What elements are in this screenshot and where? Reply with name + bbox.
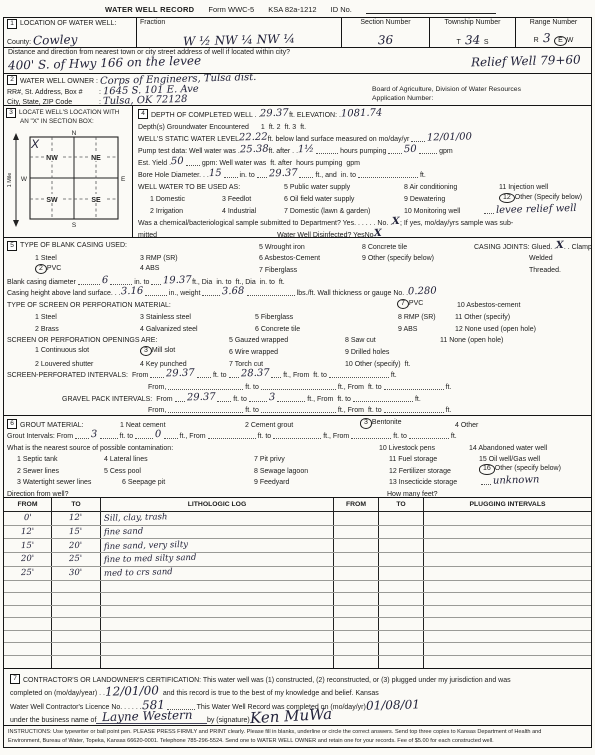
joints-glued-x: X bbox=[556, 241, 564, 251]
range-cell: Range Number R 3 EW bbox=[516, 18, 591, 47]
table-cell bbox=[4, 631, 52, 643]
table-cell bbox=[379, 526, 424, 539]
section-7-certification: 7 CONTRACTOR'S OR LANDOWNER'S CERTIFICAT… bbox=[4, 669, 591, 726]
bentonite-circled: 3 bbox=[360, 418, 372, 428]
pump-hours-value: 1½ bbox=[298, 145, 314, 155]
log-cell-value: 0' bbox=[24, 514, 32, 523]
table-row bbox=[4, 618, 591, 631]
log-cell-value: fine sand bbox=[104, 527, 143, 537]
owner-label: WATER WELL OWNER : bbox=[20, 78, 98, 85]
table-cell bbox=[4, 618, 52, 630]
table-row: 15'20'fine sand, very silty bbox=[4, 539, 591, 553]
form-body: 1LOCATION OF WATER WELL: County: Cowley … bbox=[3, 17, 592, 748]
section-number-label: Section Number bbox=[345, 19, 426, 26]
openings-label: SCREEN OR PERFORATION OPENINGS ARE: bbox=[7, 337, 229, 344]
table-cell bbox=[4, 593, 52, 605]
table-row bbox=[4, 643, 591, 656]
casing-row-2: 1 Steel3 RMP (SR) 6 Asbestos-Cement 9 Ot… bbox=[4, 251, 591, 263]
table-cell bbox=[52, 631, 101, 643]
table-cell bbox=[424, 512, 591, 525]
table-cell bbox=[101, 618, 334, 630]
log-cell-value: fine sand, very silty bbox=[104, 540, 188, 551]
table-cell bbox=[334, 581, 379, 593]
section-2-number: 2 bbox=[7, 75, 17, 85]
business-name-value: Layne Western bbox=[102, 709, 193, 723]
middle-region: 3LOCATE WELL'S LOCATION WITH AN "X" IN S… bbox=[4, 106, 591, 238]
quadrant-se: SE bbox=[91, 197, 101, 204]
casing-label: TYPE OF BLANK CASING USED: bbox=[20, 242, 127, 249]
table-cell bbox=[52, 656, 101, 669]
city-label: City, State, ZIP Code bbox=[7, 99, 99, 106]
table-row bbox=[4, 656, 591, 669]
log-cell-value: Sill, clay, trash bbox=[104, 513, 168, 523]
table-cell bbox=[52, 643, 101, 655]
est-yield-line: Est. Yield . 50 gpm: Well water was ft. … bbox=[136, 155, 589, 167]
table-cell: 0' bbox=[4, 512, 52, 525]
board-line-1: Board of Agriculture, Division of Water … bbox=[372, 85, 521, 94]
log-cell-value: fine to med silty sand bbox=[104, 554, 197, 565]
table-cell: fine sand bbox=[101, 526, 334, 539]
bore-diameter-value: 15 bbox=[209, 169, 222, 179]
table-cell: fine to med silty sand bbox=[101, 553, 334, 566]
table-cell bbox=[101, 656, 334, 669]
yield-value: 50 bbox=[171, 157, 184, 167]
water-well-record-form: WATER WELL RECORD Form WWC-5 KSA 82a-121… bbox=[0, 0, 595, 755]
range-r: R bbox=[534, 37, 539, 44]
table-cell: 20' bbox=[52, 539, 101, 552]
table-cell bbox=[52, 593, 101, 605]
gravel-from-value: 29.37 bbox=[186, 392, 215, 403]
section-4-number: 4 bbox=[138, 109, 148, 119]
table-cell bbox=[424, 553, 591, 566]
table-cell bbox=[4, 581, 52, 593]
table-cell bbox=[101, 593, 334, 605]
contamination-other-value: unknown bbox=[493, 475, 540, 486]
table-cell bbox=[334, 512, 379, 525]
quadrant-sw: SW bbox=[46, 197, 58, 204]
range-w: W bbox=[567, 37, 574, 44]
form-title-line: WATER WELL RECORD Form WWC-5 KSA 82a-121… bbox=[105, 5, 587, 14]
range-label: Range Number bbox=[519, 19, 588, 26]
table-cell bbox=[424, 618, 591, 630]
table-cell bbox=[379, 539, 424, 552]
township-s: S bbox=[484, 39, 489, 46]
screen-intervals-label: SCREEN-PERFORATED INTERVALS: bbox=[7, 372, 128, 379]
certification-line-1: 7 CONTRACTOR'S OR LANDOWNER'S CERTIFICAT… bbox=[7, 670, 588, 684]
county-value: Cowley bbox=[33, 33, 78, 46]
use-row-b: 1 Domestic3 Feedlot 6 Oil field water su… bbox=[136, 191, 589, 203]
casing-height-line: Casing height above land surface. . . 3.… bbox=[4, 286, 591, 298]
county-label: County: bbox=[7, 39, 31, 46]
casing-height-value: 3.16 bbox=[121, 287, 144, 298]
section-7-number: 7 bbox=[10, 674, 20, 684]
certification-line-4: under the business name of Layne Western… bbox=[7, 711, 588, 725]
screen-material-row-3: 2 Brass 4 Galvanized steel 6 Concrete ti… bbox=[4, 321, 591, 333]
grout-label: GROUT MATERIAL: bbox=[20, 422, 120, 429]
table-cell bbox=[424, 567, 591, 580]
table-cell bbox=[424, 539, 591, 552]
header-from-2: FROM bbox=[334, 498, 379, 511]
distance-row: Distance and direction from nearest town… bbox=[4, 48, 591, 74]
use-other-value: levee relief well bbox=[496, 204, 577, 216]
contamination-row-2: 2 Sewer lines 5 Cess pool 8 Sewage lagoo… bbox=[4, 463, 591, 475]
log-cell-value: 12' bbox=[69, 514, 82, 523]
table-row: 20'25'fine to med silty sand bbox=[4, 553, 591, 567]
log-cell-value: 25' bbox=[69, 555, 82, 564]
log-cell-value: med to crs sand bbox=[104, 568, 173, 578]
table-cell bbox=[424, 526, 591, 539]
well-x-mark: X bbox=[30, 137, 40, 151]
use-row-a: WELL WATER TO BE USED AS: 5 Public water… bbox=[136, 179, 589, 191]
table-row bbox=[4, 581, 591, 594]
table-cell bbox=[334, 631, 379, 643]
header-to-1: TO bbox=[52, 498, 101, 511]
township-t: T bbox=[456, 39, 460, 46]
pump-rate-value: 50 bbox=[404, 145, 417, 155]
bore-hole-line: Bore Hole Diameter. . . 15 in. to 29.37 … bbox=[136, 167, 589, 179]
groundwater-line: Depth(s) Groundwater Encountered 1 ft. 2… bbox=[136, 119, 589, 131]
openings-row-3: 2 Louvered shutter4 Key punched 7 Torch … bbox=[4, 356, 591, 368]
lithologic-table-body: 0'12'Sill, clay, trash12'15'fine sand15'… bbox=[4, 512, 591, 668]
fraction-label: Fraction bbox=[140, 19, 338, 26]
instructions-line-2: Environment, Bureau of Water, Topeka, Ka… bbox=[8, 737, 587, 746]
screen-from-value: 29.37 bbox=[166, 369, 195, 380]
table-row bbox=[4, 631, 591, 644]
table-cell bbox=[101, 581, 334, 593]
table-cell bbox=[379, 631, 424, 643]
form-ksa: KSA 82a-1212 bbox=[268, 5, 316, 14]
address-label: RR#, St. Address, Box # bbox=[7, 89, 99, 96]
form-title: WATER WELL RECORD bbox=[105, 5, 194, 14]
table-cell bbox=[424, 631, 591, 643]
township-label: Township Number bbox=[433, 19, 512, 26]
section-box-diagram: 1 Mile NW NE SW SE N S W bbox=[6, 125, 132, 231]
table-cell: fine sand, very silty bbox=[101, 539, 334, 552]
table-row: 12'15'fine sand bbox=[4, 526, 591, 540]
log-cell-value: 25' bbox=[21, 569, 34, 578]
section-number-cell: Section Number 36 bbox=[342, 18, 430, 47]
use-row-c: 2 Irrigation4 Industrial 7 Domestic (law… bbox=[136, 203, 589, 215]
table-cell bbox=[379, 512, 424, 525]
table-cell: Sill, clay, trash bbox=[101, 512, 334, 525]
direction-row: Direction from well? How many feet? bbox=[4, 486, 591, 498]
table-cell: med to crs sand bbox=[101, 567, 334, 580]
openings-row-1: SCREEN OR PERFORATION OPENINGS ARE: 5 Ga… bbox=[4, 333, 591, 345]
static-measured-date: 12/01/00 bbox=[427, 132, 472, 143]
one-mile-label: 1 Mile bbox=[7, 173, 13, 188]
grout-material-line: 6 GROUT MATERIAL: 1 Neat cement 2 Cement… bbox=[4, 417, 591, 429]
section-1-location: 1LOCATION OF WATER WELL: County: Cowley … bbox=[4, 18, 591, 48]
gravel-intervals-label: GRAVEL PACK INTERVALS: bbox=[62, 396, 152, 403]
openings-row-2: 1 Continuous slot3Mill slot 6 Wire wrapp… bbox=[4, 344, 591, 356]
fraction-value: W ½ NW ¼ NW ¼ bbox=[140, 31, 338, 47]
log-cell-value: 15' bbox=[69, 528, 82, 537]
section-3-label-1: LOCATE WELL'S LOCATION WITH bbox=[19, 109, 119, 116]
table-cell bbox=[4, 656, 52, 669]
disinfected-line: mitted Water Well Disinfected? Yes NoX bbox=[136, 227, 589, 238]
wall-thickness-value: 0.280 bbox=[408, 287, 437, 298]
city-value: Tulsa, OK 72128 bbox=[103, 95, 188, 106]
section-1-number: 1 bbox=[7, 19, 17, 29]
table-header-row: FROM TO LITHOLOGIC LOG FROM TO PLUGGING … bbox=[4, 498, 591, 512]
direction-label: Direction from well? bbox=[7, 491, 387, 498]
table-cell bbox=[52, 606, 101, 618]
table-cell bbox=[379, 553, 424, 566]
table-cell bbox=[379, 643, 424, 655]
table-cell bbox=[52, 618, 101, 630]
compass-w: W bbox=[21, 176, 28, 183]
contamination-other-circled: 16 bbox=[479, 464, 495, 474]
instructions-line-1: INSTRUCTIONS: Use typewriter or ball poi… bbox=[8, 728, 587, 737]
casing-row-3: 2PVC4 ABS 7 Fiberglass Threaded. bbox=[4, 262, 591, 274]
table-cell bbox=[379, 593, 424, 605]
table-cell bbox=[379, 567, 424, 580]
gravel-to-value: 3 bbox=[269, 393, 276, 403]
compass-e: E bbox=[121, 176, 126, 183]
disinfected-no-x: X bbox=[373, 229, 381, 238]
compass-n: N bbox=[72, 130, 77, 137]
instructions: INSTRUCTIONS: Use typewriter or ball poi… bbox=[4, 726, 591, 747]
header-from-1: FROM bbox=[4, 498, 52, 511]
table-cell: 30' bbox=[52, 567, 101, 580]
table-cell bbox=[379, 581, 424, 593]
casing-depth-value: 19.37 bbox=[163, 275, 192, 286]
section-number-value: 36 bbox=[345, 33, 426, 47]
range-value: 3 bbox=[542, 32, 550, 44]
section-4-well-data: 4 DEPTH OF COMPLETED WELL . . 29.37 ft. … bbox=[133, 106, 591, 237]
table-cell: 25' bbox=[52, 553, 101, 566]
section-5-casing: 5TYPE OF BLANK CASING USED: 5 Wrought ir… bbox=[4, 238, 591, 416]
signature-value: Ken MuWa bbox=[249, 707, 332, 726]
section-2-owner: 2WATER WELL OWNER : Corps of Engineers, … bbox=[4, 74, 591, 106]
quadrant-nw: NW bbox=[46, 155, 58, 162]
log-cell-value: 12' bbox=[21, 528, 34, 537]
table-cell bbox=[101, 643, 334, 655]
table-cell bbox=[52, 581, 101, 593]
range-east-circled: E bbox=[554, 36, 567, 46]
mill-slot-circled: 3 bbox=[140, 346, 152, 356]
table-cell bbox=[334, 656, 379, 669]
county-cell: 1LOCATION OF WATER WELL: County: Cowley bbox=[4, 18, 137, 47]
table-cell bbox=[379, 618, 424, 630]
screen-to-value: 28.37 bbox=[240, 369, 269, 380]
table-cell bbox=[424, 643, 591, 655]
table-cell bbox=[334, 539, 379, 552]
screen-pvc-circled: 7 bbox=[397, 299, 409, 309]
table-cell bbox=[424, 581, 591, 593]
elevation-value: 1081.74 bbox=[341, 108, 383, 119]
table-row bbox=[4, 606, 591, 619]
township-cell: Township Number T 34 S bbox=[430, 18, 516, 47]
header-lithologic-log: LITHOLOGIC LOG bbox=[101, 498, 334, 511]
static-level-line: WELL'S STATIC WATER LEVEL 22.22 ft. belo… bbox=[136, 131, 589, 143]
township-value: 34 bbox=[465, 34, 481, 46]
compass-s: S bbox=[72, 222, 77, 229]
depth-label: DEPTH OF COMPLETED WELL . . bbox=[151, 112, 260, 119]
table-cell: 15' bbox=[4, 539, 52, 552]
how-many-feet-label: How many feet? bbox=[387, 491, 438, 498]
table-cell: 15' bbox=[52, 526, 101, 539]
casing-weight-value: 3.68 bbox=[222, 287, 245, 298]
table-row: 0'12'Sill, clay, trash bbox=[4, 512, 591, 526]
table-cell bbox=[101, 631, 334, 643]
section-3-locate: 3LOCATE WELL'S LOCATION WITH AN "X" IN S… bbox=[4, 106, 133, 237]
bore-depth-value: 29.37 bbox=[269, 169, 298, 180]
casing-row-1: 5TYPE OF BLANK CASING USED: 5 Wrought ir… bbox=[4, 239, 591, 251]
table-cell: 12' bbox=[4, 526, 52, 539]
table-cell bbox=[334, 593, 379, 605]
section-1-label: LOCATION OF WATER WELL: bbox=[20, 20, 116, 27]
gravel-intervals-line-2: From, ft. to ft., From ft. to ft. bbox=[4, 403, 591, 415]
table-cell bbox=[334, 606, 379, 618]
header-to-2: TO bbox=[379, 498, 424, 511]
table-cell bbox=[4, 643, 52, 655]
grout-to-value: 0 bbox=[155, 430, 162, 440]
fraction-cell: Fraction W ½ NW ¼ NW ¼ bbox=[137, 18, 342, 47]
depth-value: 29.37 bbox=[260, 109, 289, 120]
use-label: WELL WATER TO BE USED AS: bbox=[138, 184, 284, 191]
relief-well-note: Relief Well 79+60 bbox=[471, 54, 581, 69]
table-cell bbox=[334, 553, 379, 566]
table-row: 25'30'med to crs sand bbox=[4, 567, 591, 581]
grout-intervals-line: Grout Intervals: From 3 ft. to 0 ft., Fr… bbox=[4, 429, 591, 441]
table-cell: 25' bbox=[4, 567, 52, 580]
casing-diameter-line: Blank casing diameter 6 in. to 19.37 ft.… bbox=[4, 274, 591, 286]
certification-line-2: completed on (mo/day/year) . . 12/01/00 … bbox=[7, 684, 588, 698]
table-cell bbox=[379, 656, 424, 669]
section-3-number: 3 bbox=[6, 108, 16, 118]
table-cell bbox=[424, 656, 591, 669]
screen-material-row-2: 1 Steel 3 Stainless steel 5 Fiberglass 8… bbox=[4, 309, 591, 321]
completed-date-value: 12/01/00 bbox=[105, 684, 159, 697]
log-cell-value: 20' bbox=[69, 541, 82, 550]
gravel-intervals-line-1: GRAVEL PACK INTERVALS: From 29.37 ft. to… bbox=[4, 391, 591, 403]
table-cell bbox=[334, 643, 379, 655]
pump-test-line: Pump test data: Well water was . 25.38 f… bbox=[136, 143, 589, 155]
depth-line: 4 DEPTH OF COMPLETED WELL . . 29.37 ft. … bbox=[136, 107, 589, 119]
contamination-row-1: 1 Septic tank 4 Lateral lines 7 Pit priv… bbox=[4, 452, 591, 464]
pump-level-value: 25.38 bbox=[240, 145, 269, 156]
contamination-label: What is the nearest source of possible c… bbox=[7, 445, 379, 452]
screen-material-row-1: TYPE OF SCREEN OR PERFORATION MATERIAL: … bbox=[4, 297, 591, 309]
table-cell bbox=[334, 567, 379, 580]
grout-from-value: 3 bbox=[91, 430, 98, 440]
section-5-number: 5 bbox=[7, 241, 17, 251]
log-cell-value: 15' bbox=[21, 541, 34, 550]
id-blank-line bbox=[366, 7, 496, 14]
screen-intervals-line-2: From, ft. to ft., From ft. to ft. bbox=[4, 379, 591, 391]
table-cell bbox=[424, 593, 591, 605]
table-cell bbox=[334, 526, 379, 539]
table-row bbox=[4, 593, 591, 606]
screen-material-label: TYPE OF SCREEN OR PERFORATION MATERIAL: bbox=[7, 302, 397, 309]
table-cell bbox=[334, 618, 379, 630]
record-completed-date-value: 01/08/01 bbox=[366, 698, 420, 711]
table-cell bbox=[379, 606, 424, 618]
log-cell-value: 30' bbox=[69, 569, 82, 578]
sample-line: Was a chemical/bacteriological sample su… bbox=[136, 215, 589, 227]
static-level-value: 22.22 bbox=[239, 133, 268, 144]
sample-no-x: X bbox=[392, 217, 400, 227]
quadrant-ne: NE bbox=[91, 155, 101, 162]
form-id-label: ID No. bbox=[331, 5, 352, 14]
section-3-label-2: AN "X" IN SECTION BOX: bbox=[20, 118, 131, 125]
contamination-header-row: What is the nearest source of possible c… bbox=[4, 440, 591, 452]
casing-diameter-value: 6 bbox=[102, 276, 109, 286]
board-of-agriculture-note: Board of Agriculture, Division of Water … bbox=[372, 85, 521, 103]
section-6-grout: 6 GROUT MATERIAL: 1 Neat cement 2 Cement… bbox=[4, 416, 591, 498]
form-number: Form WWC-5 bbox=[208, 5, 254, 14]
use-other-circled: 12 bbox=[499, 193, 515, 203]
table-cell bbox=[4, 606, 52, 618]
distance-value: 400' S. of Hwy 166 on the levee bbox=[8, 54, 201, 71]
table-cell: 12' bbox=[52, 512, 101, 525]
casing-pvc-circled: 2 bbox=[35, 264, 47, 274]
table-cell bbox=[101, 606, 334, 618]
board-line-2: Application Number: bbox=[372, 94, 521, 103]
contamination-row-3: 3 Watertight sewer lines 6 Seepage pit 9… bbox=[4, 475, 591, 487]
table-cell bbox=[424, 606, 591, 618]
header-plugging-intervals: PLUGGING INTERVALS bbox=[424, 498, 591, 511]
section-6-number: 6 bbox=[7, 419, 17, 429]
screen-intervals-line-1: SCREEN-PERFORATED INTERVALS: From 29.37 … bbox=[4, 368, 591, 380]
lithologic-table: FROM TO LITHOLOGIC LOG FROM TO PLUGGING … bbox=[4, 498, 591, 669]
table-cell: 20' bbox=[4, 553, 52, 566]
log-cell-value: 20' bbox=[21, 555, 34, 564]
